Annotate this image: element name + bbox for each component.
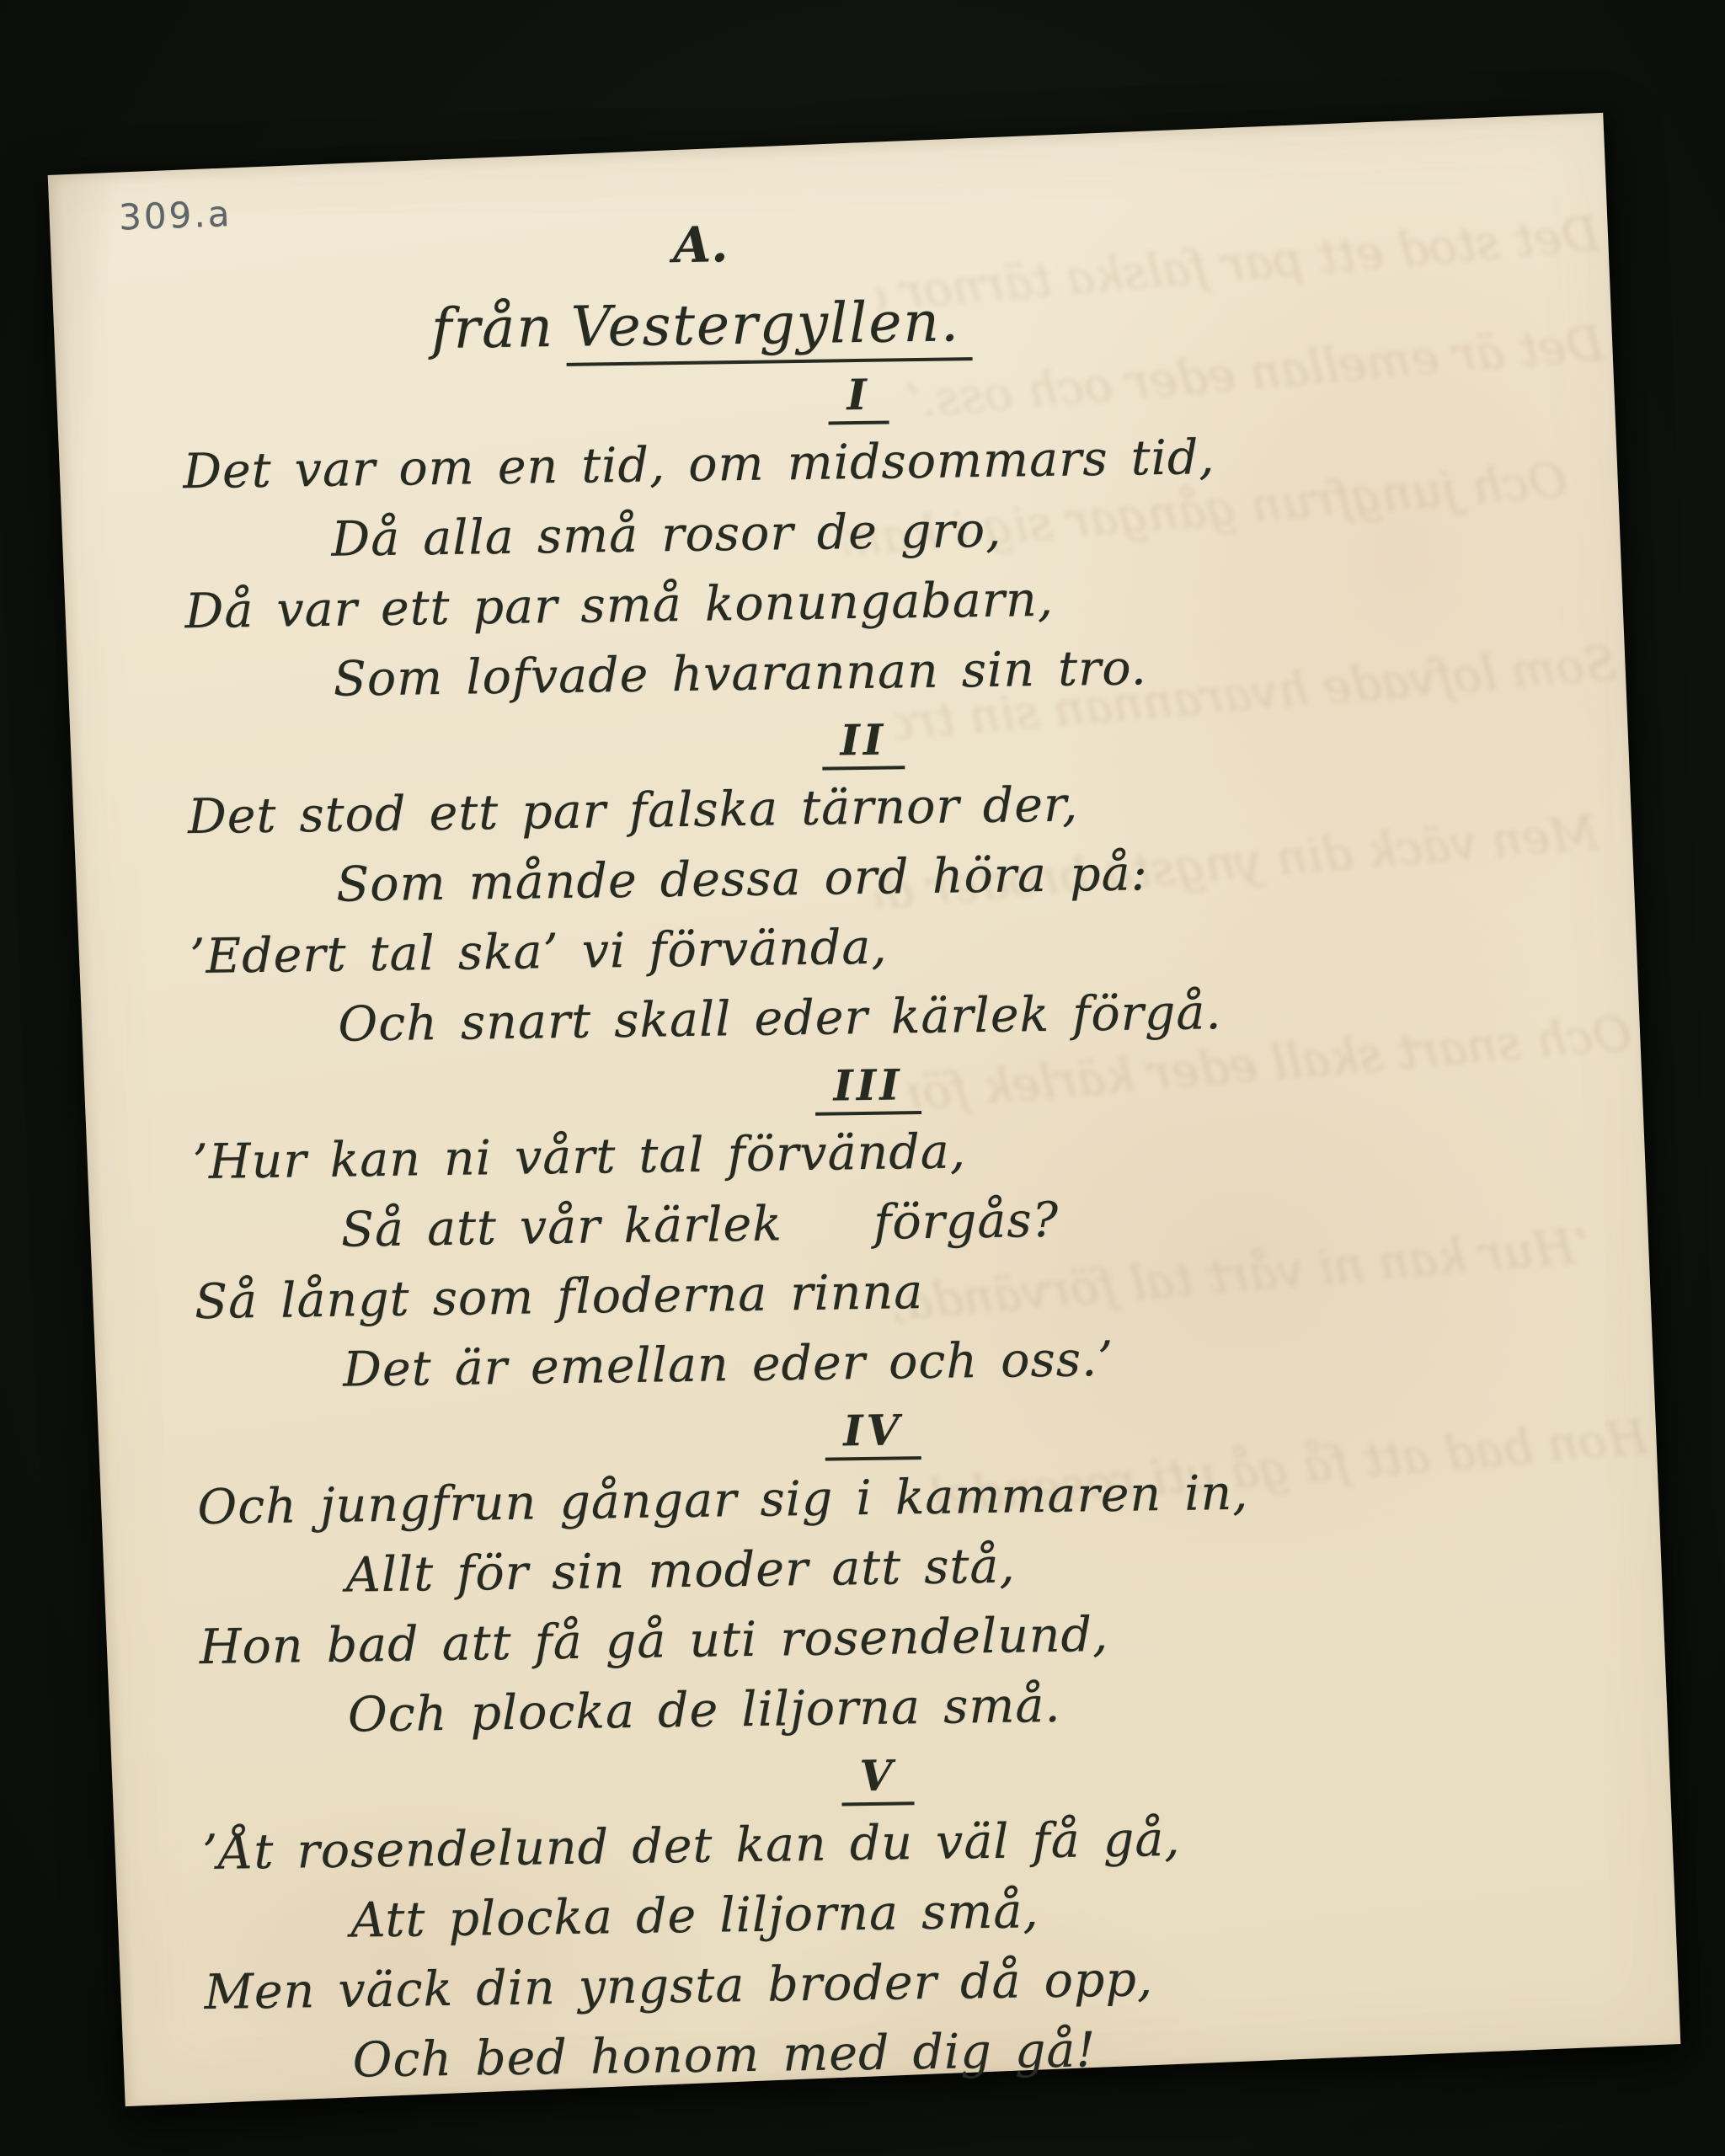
stanza-4-numeral: IV [825,1406,921,1461]
poem-title-main: Vestergyllen. [565,289,972,366]
poem-title: frånVestergyllen. [0,277,1404,374]
stanza-1-numeral: I [828,371,889,425]
manuscript-content: 309.a A. frånVestergyllen. I Det var om … [72,132,1656,2087]
stanza-3: III ’Hur kan ni vårt tal förvända, Så at… [166,1051,1573,1407]
poem-title-prefix: från [431,295,555,361]
stanza-3-numeral: III [814,1060,921,1116]
manuscript-page: Det stod ett par falska tärnor der, Det … [48,113,1681,2106]
stanza-2: II Det stod ett par falska tärnor der, S… [162,706,1569,1062]
stanza-5-numeral: V [841,1751,915,1806]
stanza-2-numeral: II [821,715,905,770]
photo-background: Det stod ett par falska tärnor der, Det … [0,0,1725,2156]
stanza-5: V ’Åt rosendelund det kan du väl få gå, … [176,1742,1583,2098]
poem-header: A. frånVestergyllen. [0,208,1404,374]
stanza-4: IV Och jungfrun gångar sig i kammaren in… [171,1396,1578,1753]
stanza-1: I Det var om en tid, om midsommars tid, … [157,360,1564,717]
